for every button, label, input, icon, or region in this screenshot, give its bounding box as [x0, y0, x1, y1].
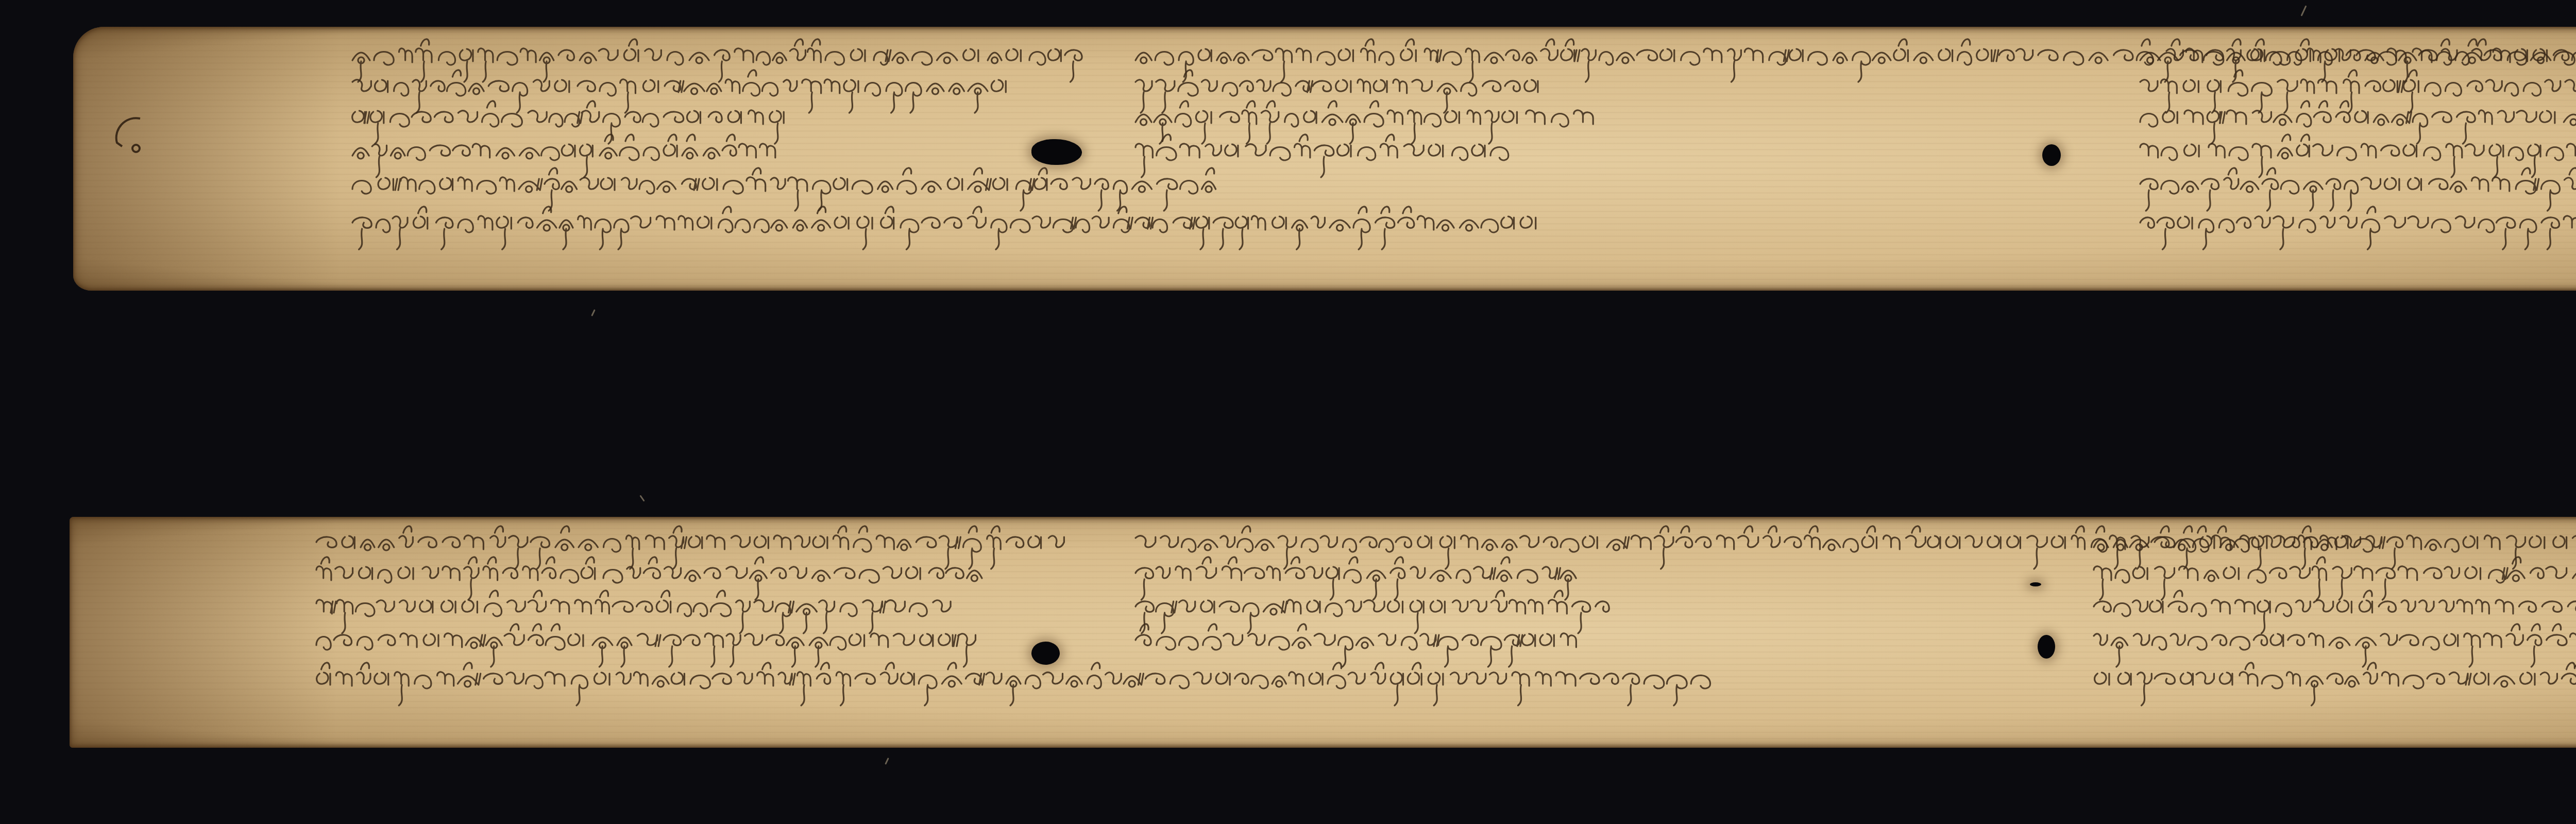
binding-hole: [1031, 642, 1060, 665]
leaf-stain-left: [73, 27, 341, 291]
palm-leaf-manuscript-bottom: [70, 517, 2576, 748]
script-line: [1133, 613, 1587, 670]
binding-hole-small: [2030, 582, 2041, 586]
dust-speck: [591, 309, 596, 316]
script-line: [1133, 124, 1520, 180]
script-line: [2092, 652, 2576, 709]
script-line: [2138, 196, 2576, 253]
dust-speck: [885, 758, 889, 765]
binding-hole: [2042, 144, 2061, 166]
dust-speck: [639, 495, 645, 501]
binding-hole: [1031, 139, 1082, 165]
dust-speck: [2300, 5, 2307, 16]
margin-mark-icon: [104, 114, 161, 156]
leaf-stain-left: [70, 517, 337, 748]
palm-leaf-manuscript-top: [73, 27, 2576, 291]
script-line: [350, 196, 1566, 253]
binding-hole: [2038, 635, 2055, 659]
